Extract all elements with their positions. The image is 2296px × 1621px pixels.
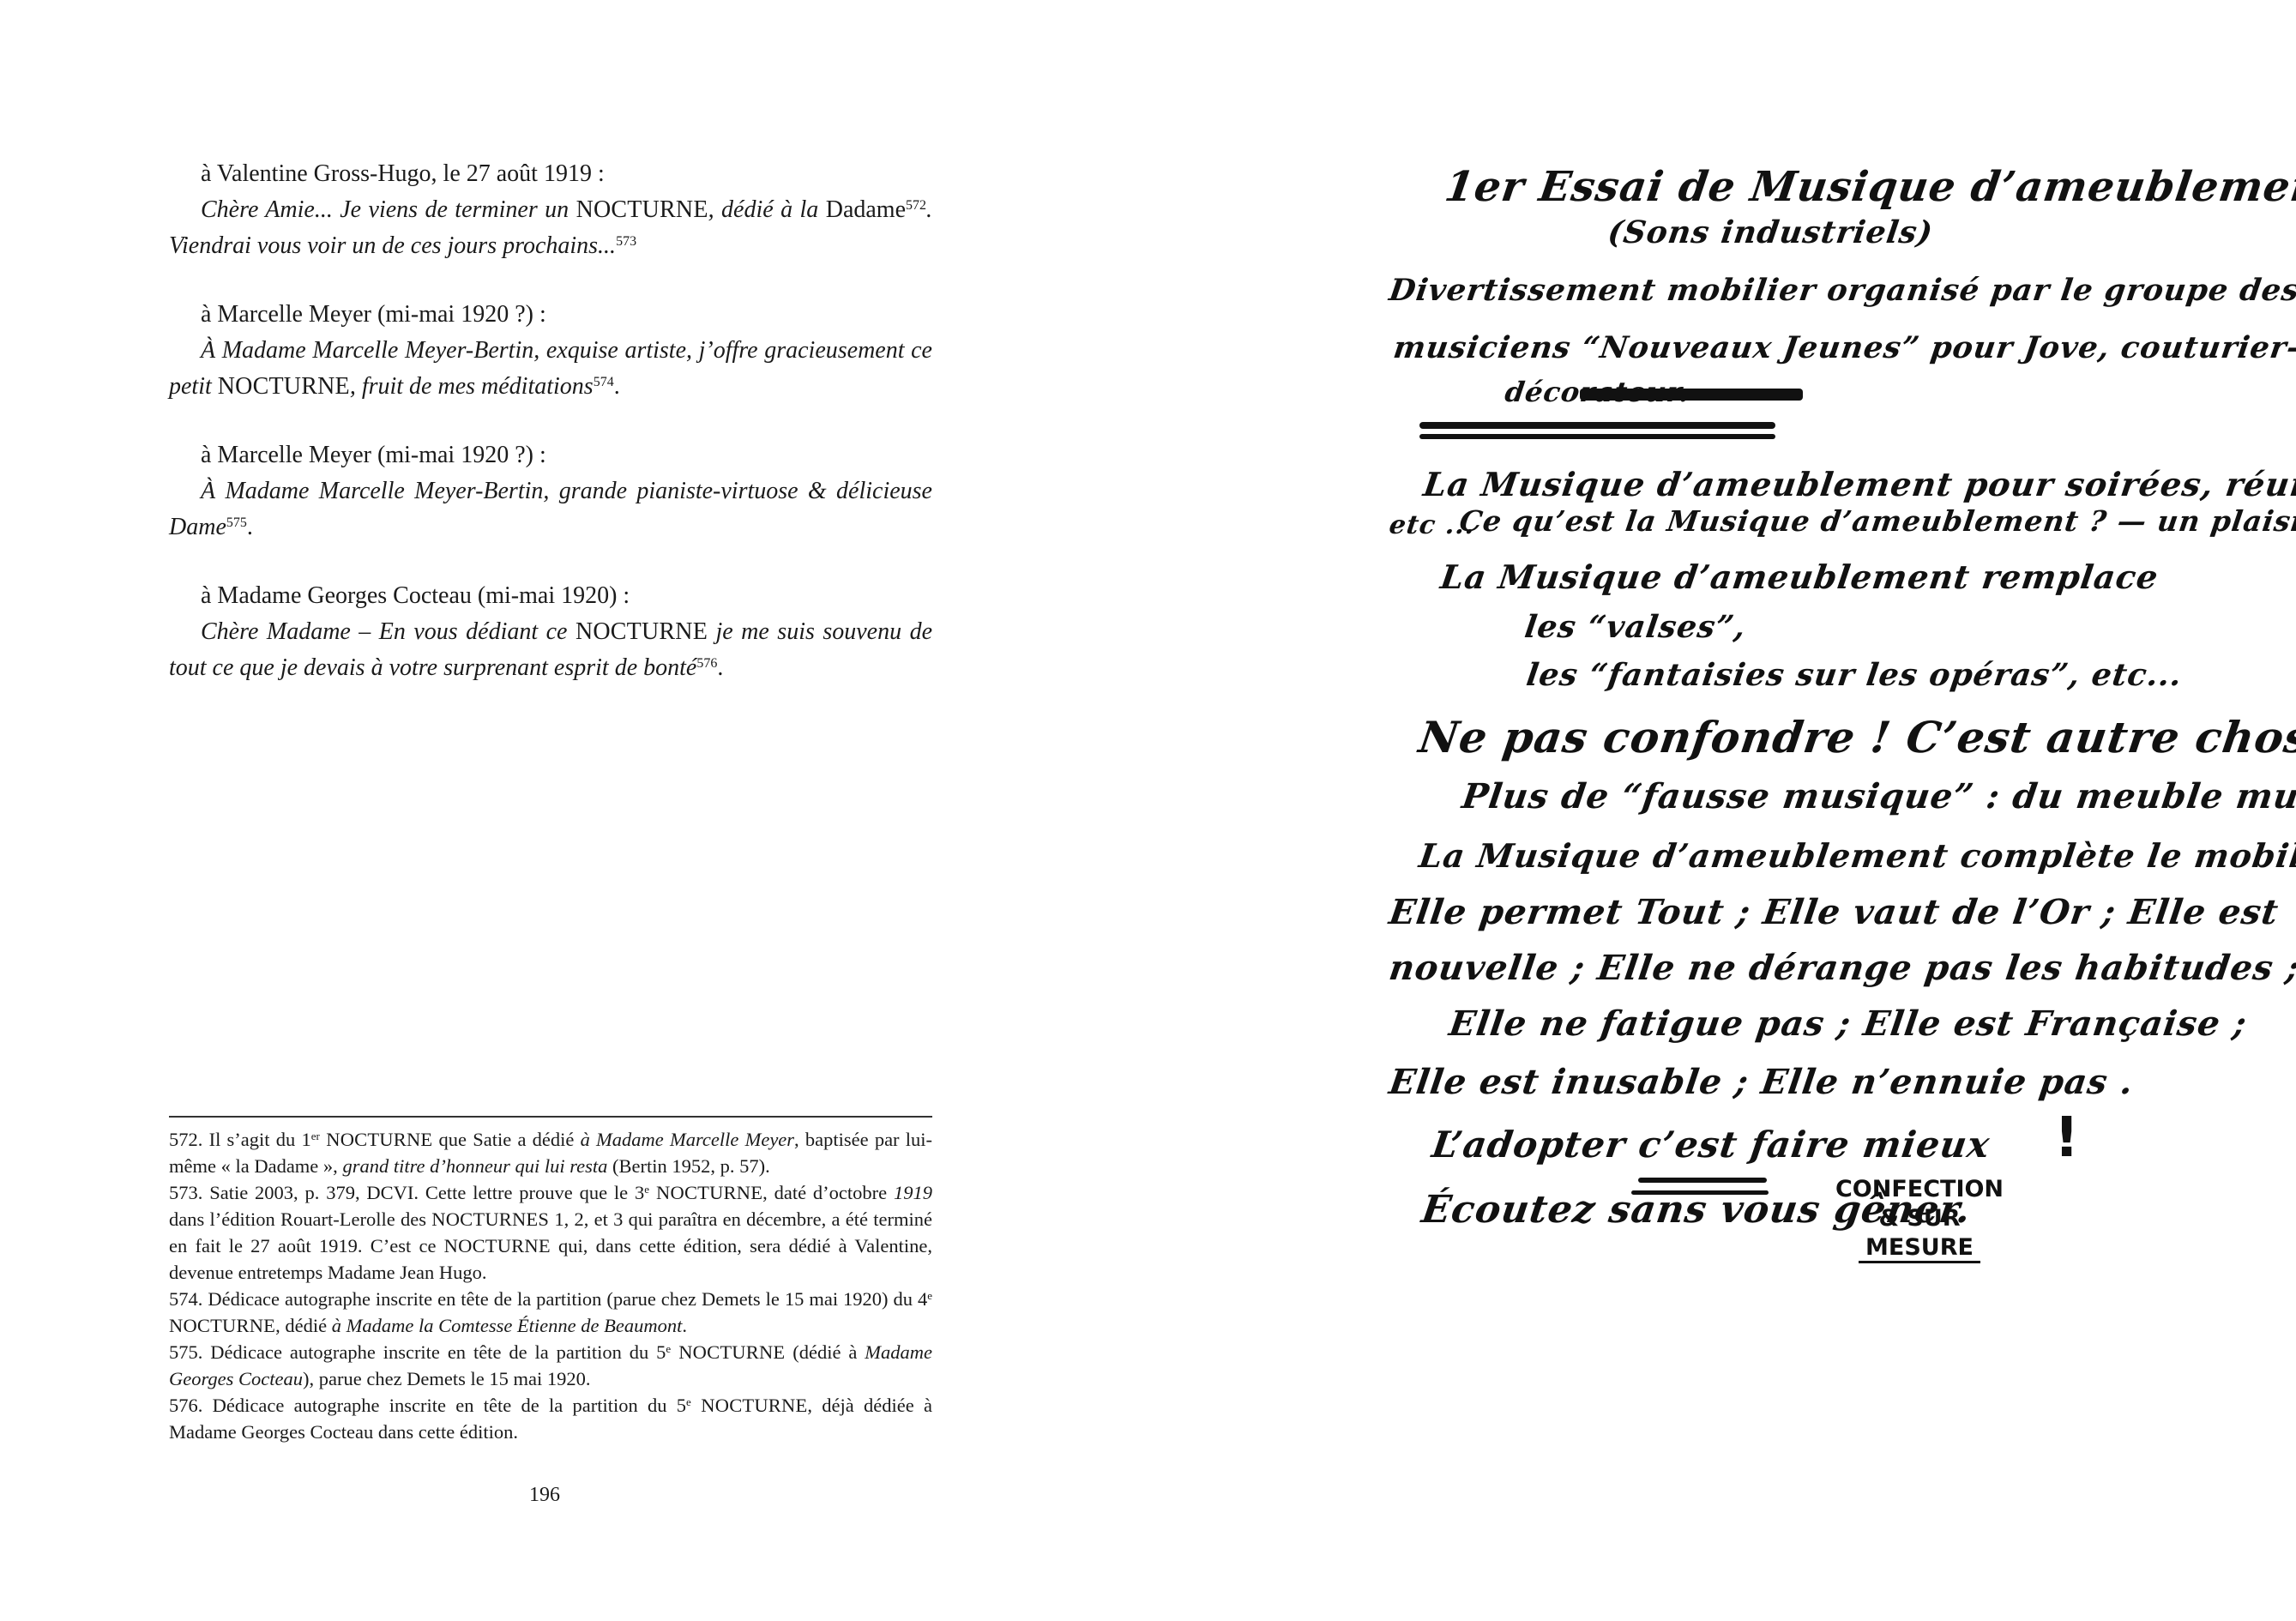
footnote-italic: à Madame la Comtesse Étienne de Beaumont bbox=[332, 1315, 683, 1336]
ms-double-rule-top bbox=[1419, 422, 1775, 429]
letter-heading: à Marcelle Meyer (mi-mai 1920 ?) : bbox=[169, 297, 932, 333]
footnote-italic: à Madame Marcelle Meyer bbox=[581, 1129, 794, 1150]
footnote-text: . bbox=[682, 1315, 687, 1336]
ms-line: les “fantaisies sur les opéras”, etc... bbox=[1524, 657, 2185, 693]
nocturne-title: NOCTURNE bbox=[649, 1182, 762, 1203]
page-number: 196 bbox=[529, 1484, 560, 1507]
letter-heading: à Marcelle Meyer (mi-mai 1920 ?) : bbox=[169, 437, 932, 473]
footnote-ref[interactable]: 572 bbox=[906, 198, 926, 213]
ms-line: La Musique d’ameublement remplace bbox=[1438, 557, 2161, 596]
footnote-575: 575. Dédicace autographe inscrite en têt… bbox=[169, 1339, 932, 1392]
letter-quote: À Madame Marcelle Meyer-Bertin, exquise … bbox=[169, 333, 932, 405]
nocturnes-title: NOCTURNES bbox=[431, 1208, 549, 1230]
ms-double-rule-bottom bbox=[1419, 434, 1775, 439]
footnote-576: 576. Dédicace autographe inscrite en têt… bbox=[169, 1392, 932, 1445]
ms-scribble bbox=[1580, 389, 1803, 401]
right-page: 1er Essai de Musique d’ameublement » (So… bbox=[1148, 0, 2296, 1621]
ms-subtitle: (Sons industriels) bbox=[1606, 214, 1936, 250]
letter-quote: À Madame Marcelle Meyer-Bertin, grande p… bbox=[169, 473, 932, 545]
ms-line: La Musique d’ameublement complète le mob… bbox=[1417, 836, 2296, 875]
ms-title: 1er Essai de Musique d’ameublement » bbox=[1442, 163, 2296, 211]
stamp-line: CONFECTION bbox=[1791, 1175, 2048, 1204]
ms-underline bbox=[1638, 1178, 1767, 1183]
footnote-italic: 1919 bbox=[894, 1182, 932, 1203]
confection-stamp: CONFECTION & SUR MESURE bbox=[1791, 1175, 2048, 1262]
footnote-ref[interactable]: 575 bbox=[226, 515, 247, 530]
ms-line: musiciens “Nouveaux Jeunes” pour Jove, c… bbox=[1391, 330, 2296, 365]
ms-line: Ce qu’est la Musique d’ameublement ? — u… bbox=[1457, 504, 2296, 538]
footnote-text: Il s’agit du 1 bbox=[202, 1129, 310, 1150]
quote-end: . bbox=[717, 654, 723, 681]
letter-entry-cocteau: à Madame Georges Cocteau (mi-mai 1920) :… bbox=[169, 578, 932, 686]
ms-line: Plus de “fausse musique” : du meuble mus… bbox=[1460, 776, 2296, 817]
ms-exclamation: ! bbox=[2054, 1106, 2079, 1170]
footnote-italic: grand titre d’honneur qui lui resta bbox=[342, 1155, 607, 1177]
footnote-ref[interactable]: 574 bbox=[594, 375, 614, 389]
quote-text: , fruit de mes méditations bbox=[350, 373, 594, 400]
quote-text: , dédié à la bbox=[708, 196, 826, 223]
footnote-text: Dédicace autographe inscrite en tête de … bbox=[202, 1341, 666, 1363]
ms-line: Elle permet Tout ; Elle vaut de l’Or ; E… bbox=[1387, 892, 2281, 932]
footnote-text: ), parue chez Demets le 15 mai 1920. bbox=[303, 1368, 591, 1389]
nocturne-title: NOCTURNE bbox=[576, 618, 708, 645]
ordinal-suffix: e bbox=[927, 1289, 932, 1302]
footnote-number: 575. bbox=[169, 1341, 202, 1363]
footnote-572: 572. Il s’agit du 1er NOCTURNE que Satie… bbox=[169, 1126, 932, 1179]
left-page: à Valentine Gross-Hugo, le 27 août 1919 … bbox=[0, 0, 1148, 1621]
footnote-text: Satie 2003, p. 379, DCVI. Cette lettre p… bbox=[202, 1182, 644, 1203]
footnote-ref[interactable]: 573 bbox=[616, 234, 636, 249]
footnote-574: 574. Dédicace autographe inscrite en têt… bbox=[169, 1286, 932, 1339]
footnote-573: 573. Satie 2003, p. 379, DCVI. Cette let… bbox=[169, 1179, 932, 1286]
ordinal-suffix: er bbox=[311, 1130, 320, 1142]
footnote-number: 573. bbox=[169, 1182, 202, 1203]
footnote-text: (dédié à bbox=[785, 1341, 865, 1363]
quote-end: . bbox=[247, 514, 253, 540]
footnote-text: , daté d’octobre bbox=[762, 1182, 894, 1203]
ms-line: L’adopter c’est faire mieux bbox=[1430, 1124, 1993, 1166]
footnote-text: que Satie a dédié bbox=[432, 1129, 580, 1150]
quote-text: Chère Amie... Je viens de terminer un bbox=[201, 196, 576, 223]
letters-body: à Valentine Gross-Hugo, le 27 août 1919 … bbox=[169, 156, 932, 719]
letter-heading: à Madame Georges Cocteau (mi-mai 1920) : bbox=[169, 578, 932, 614]
nocturne-title: NOCTURNE bbox=[169, 1315, 275, 1336]
nocturne-title: NOCTURNE bbox=[671, 1341, 785, 1363]
footnote-text: Dédicace autographe inscrite en tête de … bbox=[202, 1288, 927, 1310]
footnote-text: , dédié bbox=[275, 1315, 332, 1336]
footnote-number: 572. bbox=[169, 1129, 202, 1150]
nocturne-title: NOCTURNE bbox=[218, 373, 350, 400]
letter-heading: à Valentine Gross-Hugo, le 27 août 1919 … bbox=[169, 156, 932, 192]
ms-line: les “valses”, bbox=[1522, 609, 1749, 645]
ms-line: Elle ne fatigue pas ; Elle est Française… bbox=[1447, 1003, 2250, 1044]
ms-line: nouvelle ; Elle ne dérange pas les habit… bbox=[1387, 948, 2296, 988]
ms-line: Elle est inusable ; Elle n’ennuie pas . bbox=[1387, 1062, 2136, 1102]
footnotes: 572. Il s’agit du 1er NOCTURNE que Satie… bbox=[169, 1126, 932, 1445]
letter-entry-valentine: à Valentine Gross-Hugo, le 27 août 1919 … bbox=[169, 156, 932, 264]
letter-entry-meyer-1: à Marcelle Meyer (mi-mai 1920 ?) : À Mad… bbox=[169, 297, 932, 405]
ms-line: Divertissement mobilier organisé par le … bbox=[1387, 273, 2296, 308]
quote-text: Chère Madame – En vous dédiant ce bbox=[201, 618, 576, 645]
ms-line: La Musique d’ameublement pour soirées, r… bbox=[1421, 465, 2296, 503]
nocturne-title: NOCTURNE bbox=[691, 1395, 808, 1416]
footnote-number: 576. bbox=[169, 1395, 202, 1416]
quote-end: . bbox=[614, 373, 620, 400]
stamp-line: & SUR bbox=[1791, 1204, 2048, 1233]
footnote-text: Dédicace autographe inscrite en tête de … bbox=[202, 1395, 686, 1416]
stamp-line: MESURE bbox=[1859, 1234, 1980, 1263]
footnote-text: (Bertin 1952, p. 57). bbox=[607, 1155, 769, 1177]
footnote-divider bbox=[169, 1116, 932, 1118]
footnote-text: dans l’édition Rouart-Lerolle des bbox=[169, 1208, 431, 1230]
footnote-ref[interactable]: 576 bbox=[696, 656, 717, 671]
manuscript-facsimile: 1er Essai de Musique d’ameublement » (So… bbox=[1389, 146, 2127, 1329]
letter-quote: Chère Madame – En vous dédiant ce NOCTUR… bbox=[169, 614, 932, 686]
footnote-number: 574. bbox=[169, 1288, 202, 1310]
letter-quote: Chère Amie... Je viens de terminer un NO… bbox=[169, 192, 932, 264]
dadame-word: Dadame bbox=[826, 196, 906, 223]
letter-entry-meyer-2: à Marcelle Meyer (mi-mai 1920 ?) : À Mad… bbox=[169, 437, 932, 545]
nocturne-title: NOCTURNE bbox=[320, 1129, 433, 1150]
nocturne-title: NOCTURNE bbox=[444, 1235, 551, 1256]
nocturne-title: NOCTURNE bbox=[576, 196, 708, 223]
ms-line: Ne pas confondre ! C’est autre chose !!! bbox=[1416, 712, 2296, 762]
quote-text: À Madame Marcelle Meyer-Bertin, grande p… bbox=[169, 478, 932, 540]
